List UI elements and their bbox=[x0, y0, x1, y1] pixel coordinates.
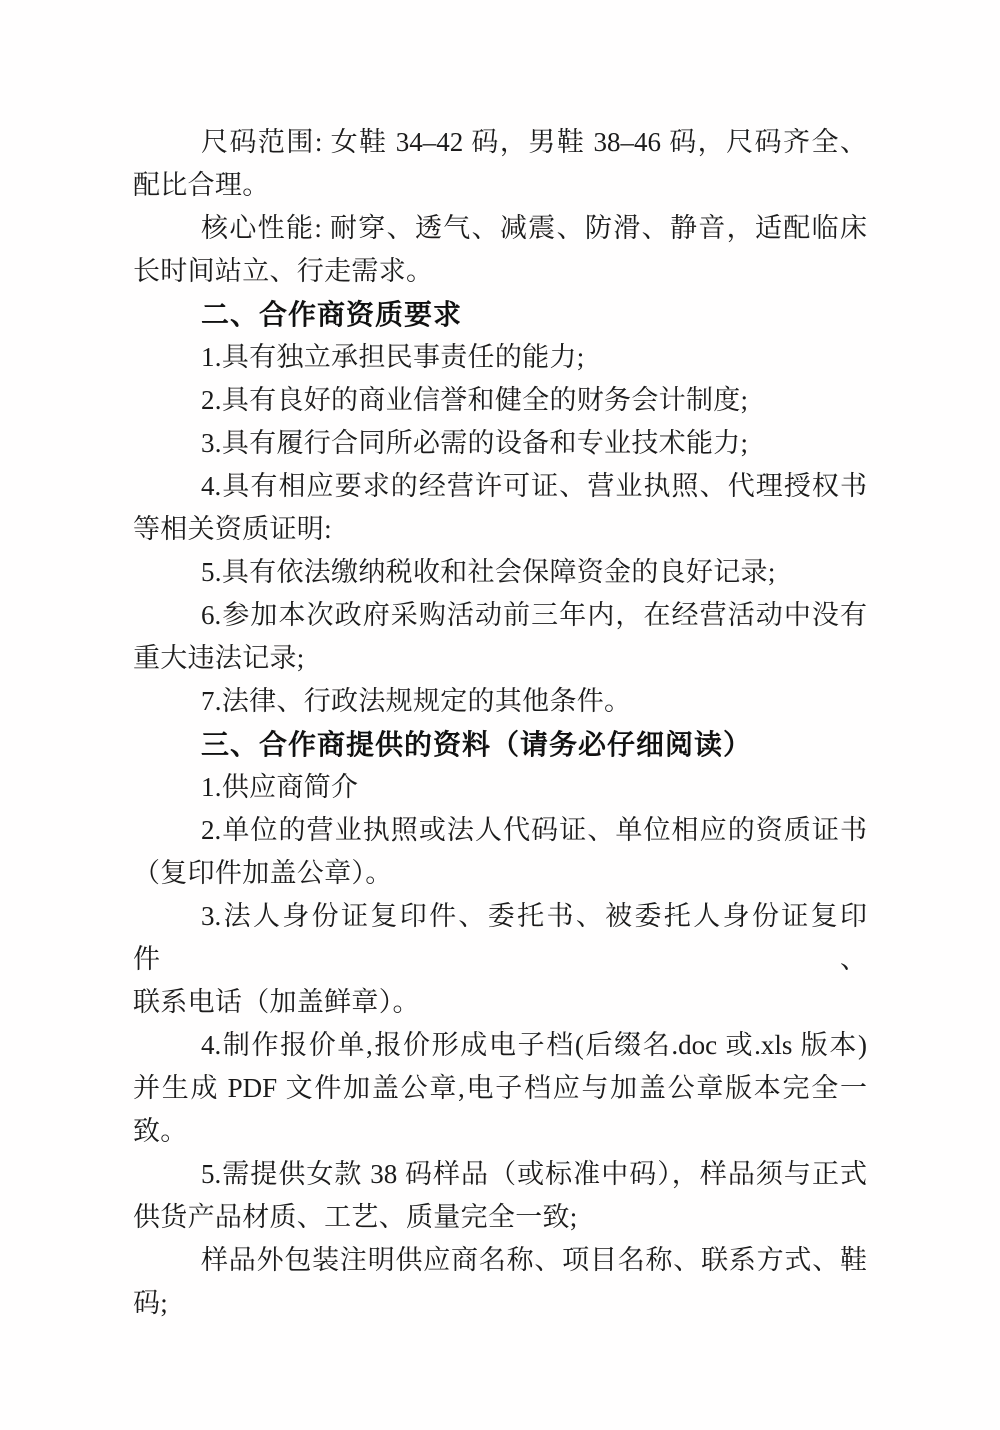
text-line: 3.具有履行合同所必需的设备和专业技术能力; bbox=[133, 422, 867, 465]
text-line: 长时间站立、行走需求。 bbox=[133, 250, 867, 293]
text-line: 联系电话（加盖鲜章）。 bbox=[133, 981, 867, 1024]
text-line: 4.制作报价单,报价形成电子档(后缀名.doc 或.xls 版本) bbox=[133, 1024, 867, 1067]
text-line: 核心性能: 耐穿、透气、减震、防滑、静音，适配临床 bbox=[133, 207, 867, 250]
document-page: 尺码范围: 女鞋 34–42 码，男鞋 38–46 码，尺码齐全、配比合理。核心… bbox=[0, 0, 1000, 1430]
text-line: 3.法人身份证复印件、委托书、被委托人身份证复印件、 bbox=[133, 895, 867, 981]
text-line: 2.具有良好的商业信誉和健全的财务会计制度; bbox=[133, 379, 867, 422]
text-line: 样品外包装注明供应商名称、项目名称、联系方式、鞋 bbox=[133, 1239, 867, 1282]
text-line: 7.法律、行政法规规定的其他条件。 bbox=[133, 680, 867, 723]
text-line: 配比合理。 bbox=[133, 164, 867, 207]
text-line: 5.具有依法缴纳税收和社会保障资金的良好记录; bbox=[133, 551, 867, 594]
text-line: 6.参加本次政府采购活动前三年内，在经营活动中没有 bbox=[133, 594, 867, 637]
text-line: 1.供应商简介 bbox=[133, 766, 867, 809]
text-line: 重大违法记录; bbox=[133, 637, 867, 680]
text-line: 尺码范围: 女鞋 34–42 码，男鞋 38–46 码，尺码齐全、 bbox=[133, 121, 867, 164]
text-line: 1.具有独立承担民事责任的能力; bbox=[133, 336, 867, 379]
section-heading: 三、合作商提供的资料（请务必仔细阅读） bbox=[133, 723, 867, 766]
text-line: 4.具有相应要求的经营许可证、营业执照、代理授权书 bbox=[133, 465, 867, 508]
text-line: （复印件加盖公章）。 bbox=[133, 852, 867, 895]
text-line: 2.单位的营业执照或法人代码证、单位相应的资质证书 bbox=[133, 809, 867, 852]
text-line: 5.需提供女款 38 码样品（或标准中码），样品须与正式 bbox=[133, 1153, 867, 1196]
text-line: 供货产品材质、工艺、质量完全一致; bbox=[133, 1196, 867, 1239]
text-line: 码; bbox=[133, 1282, 867, 1325]
text-block: 尺码范围: 女鞋 34–42 码，男鞋 38–46 码，尺码齐全、配比合理。核心… bbox=[133, 121, 867, 1325]
text-line: 并生成 PDF 文件加盖公章,电子档应与加盖公章版本完全一 bbox=[133, 1067, 867, 1110]
section-heading: 二、合作商资质要求 bbox=[133, 293, 867, 336]
text-line: 等相关资质证明: bbox=[133, 508, 867, 551]
text-line: 致。 bbox=[133, 1110, 867, 1153]
